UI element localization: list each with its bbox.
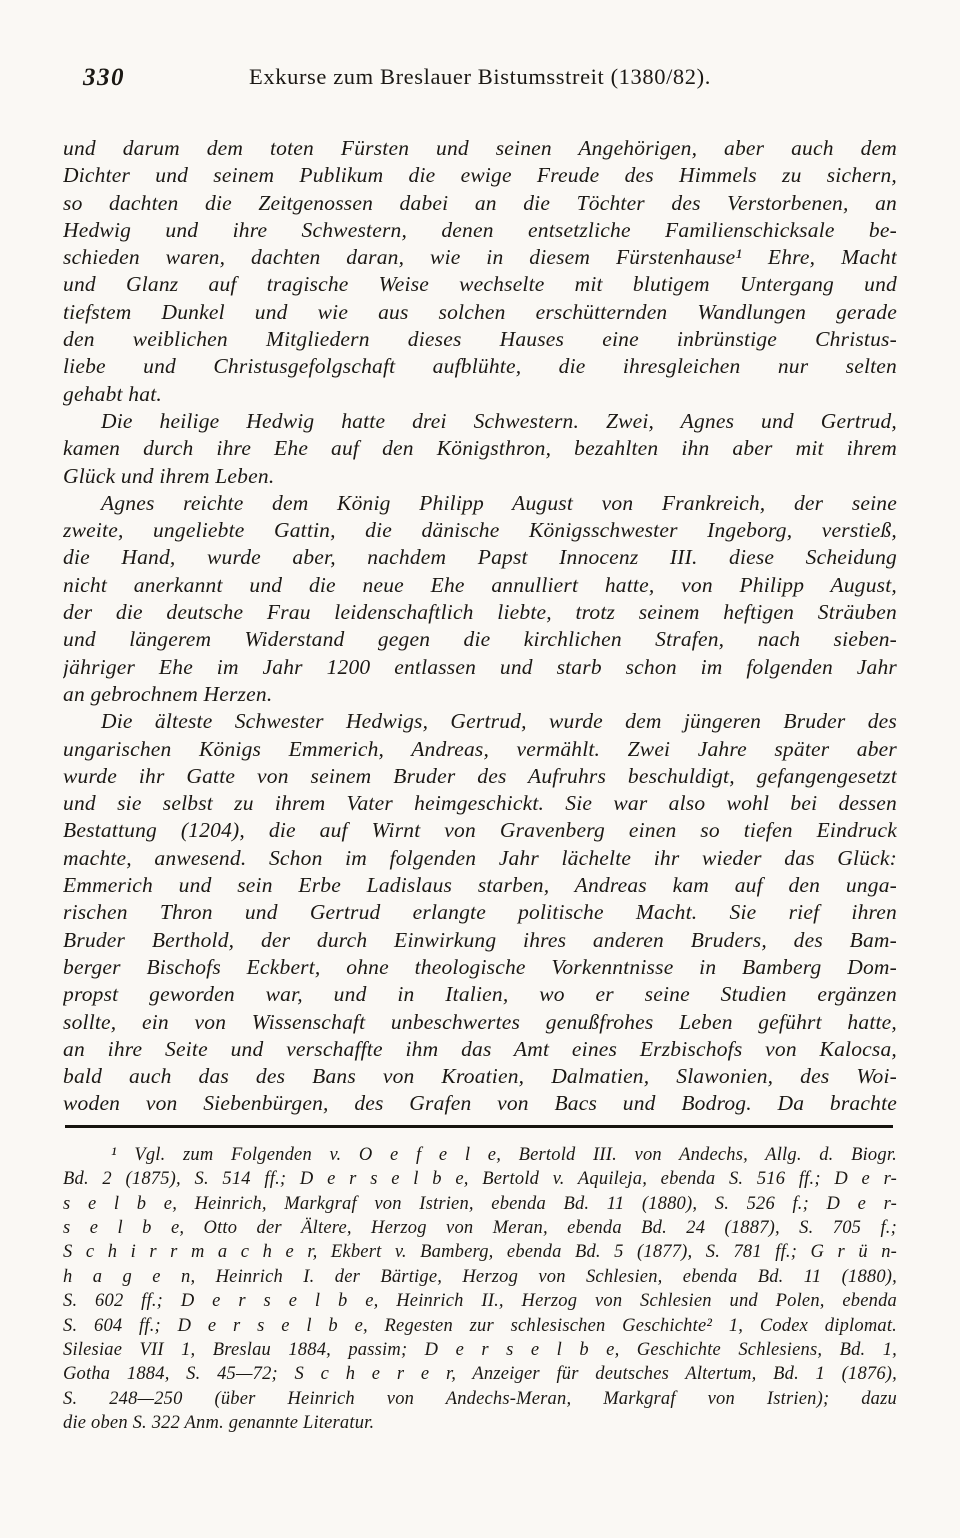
- text-line: S. 248—250 (über Heinrich von Andechs-Me…: [63, 1387, 897, 1411]
- body-text: und darum dem toten Fürsten und seinen A…: [63, 135, 897, 1118]
- text-line: S. 604 ff.; D e r s e l b e, Regesten zu…: [63, 1314, 897, 1338]
- text-line: nicht anerkannt und die neue Ehe annulli…: [63, 572, 897, 599]
- text-line: ¹ Vgl. zum Folgenden v. O e f e l e, Ber…: [63, 1143, 897, 1167]
- text-line: der die deutsche Frau leidenschaftlich l…: [63, 599, 897, 626]
- text-line: propst geworden war, und in Italien, wo …: [63, 981, 897, 1008]
- text-line: berger Bischofs Eckbert, ohne theologisc…: [63, 954, 897, 981]
- text-line: S c h i r r m a c h e r, Ekbert v. Bambe…: [63, 1240, 897, 1264]
- text-line: an ihre Seite und verschaffte ihm das Am…: [63, 1036, 897, 1063]
- text-line: Die heilige Hedwig hatte drei Schwestern…: [63, 408, 897, 435]
- text-line: so dachten die Zeitgenossen dabei an die…: [63, 190, 897, 217]
- paragraph-hedwig-sisters: Die heilige Hedwig hatte drei Schwestern…: [63, 408, 897, 490]
- text-line: Silesiae VII 1, Breslau 1884, passim; D …: [63, 1338, 897, 1362]
- page-number: 330: [83, 64, 125, 92]
- text-line: Bruder Berthold, der durch Einwirkung ih…: [63, 927, 897, 954]
- text-line: s e l b e, Heinrich, Markgraf von Istrie…: [63, 1192, 897, 1216]
- text-line: Gotha 1884, S. 45—72; S c h e r e r, Anz…: [63, 1362, 897, 1386]
- text-line: die oben S. 322 Anm. genannte Literatur.: [63, 1411, 897, 1435]
- text-line: an gebrochnem Herzen.: [63, 681, 897, 708]
- text-line: gehabt hat.: [63, 381, 897, 408]
- text-line: die Hand, wurde aber, nachdem Papst Inno…: [63, 544, 897, 571]
- footnote: ¹ Vgl. zum Folgenden v. O e f e l e, Ber…: [63, 1143, 897, 1436]
- text-line: Hedwig und ihre Schwestern, denen entset…: [63, 217, 897, 244]
- text-line: und Glanz auf tragische Weise wechselte …: [63, 271, 897, 298]
- text-line: schieden waren, dachten daran, wie in di…: [63, 244, 897, 271]
- text-line: Die älteste Schwester Hedwigs, Gertrud, …: [63, 708, 897, 735]
- text-line: kamen durch ihre Ehe auf den Königsthron…: [63, 435, 897, 462]
- text-line: rischen Thron und Gertrud erlangte polit…: [63, 899, 897, 926]
- text-line: Agnes reichte dem König Philipp August v…: [63, 490, 897, 517]
- footnote-separator-rule: [65, 1125, 893, 1128]
- text-line: Bd. 2 (1875), S. 514 ff.; D e r s e l b …: [63, 1167, 897, 1191]
- paragraph-opening: und darum dem toten Fürsten und seinen A…: [63, 135, 897, 408]
- text-line: ungarischen Königs Emmerich, Andreas, ve…: [63, 736, 897, 763]
- text-line: wurde ihr Gatte von seinem Bruder des Au…: [63, 763, 897, 790]
- text-line: Emmerich und sein Erbe Ladislaus starben…: [63, 872, 897, 899]
- text-line: und darum dem toten Fürsten und seinen A…: [63, 135, 897, 162]
- book-page: 330 Exkurse zum Breslauer Bistumsstreit …: [0, 0, 960, 1538]
- text-line: den weiblichen Mitgliedern dieses Hauses…: [63, 326, 897, 353]
- text-line: und längerem Widerstand gegen die kirchl…: [63, 626, 897, 653]
- text-line: h a g e n, Heinrich I. der Bärtige, Herz…: [63, 1265, 897, 1289]
- text-line: machte, anwesend. Schon im folgenden Jah…: [63, 845, 897, 872]
- text-line: zweite, ungeliebte Gattin, die dänische …: [63, 517, 897, 544]
- text-line: sollte, ein von Wissenschaft unbeschwert…: [63, 1009, 897, 1036]
- text-line: woden von Siebenbürgen, des Grafen von B…: [63, 1090, 897, 1117]
- paragraph-gertrud: Die älteste Schwester Hedwigs, Gertrud, …: [63, 708, 897, 1117]
- text-line: jähriger Ehe im Jahr 1200 entlassen und …: [63, 654, 897, 681]
- page-header: 330 Exkurse zum Breslauer Bistumsstreit …: [63, 64, 897, 96]
- text-line: und sie selbst zu ihrem Vater heimgeschi…: [63, 790, 897, 817]
- text-line: Glück und ihrem Leben.: [63, 463, 897, 490]
- text-line: tiefstem Dunkel und wie aus solchen ersc…: [63, 299, 897, 326]
- paragraph-agnes: Agnes reichte dem König Philipp August v…: [63, 490, 897, 708]
- text-line: liebe und Christusgefolgschaft aufblühte…: [63, 353, 897, 380]
- running-title: Exkurse zum Breslauer Bistumsstreit (138…: [63, 64, 897, 90]
- text-line: Dichter und seinem Publikum die ewige Fr…: [63, 162, 897, 189]
- text-line: Bestattung (1204), die auf Wirnt von Gra…: [63, 817, 897, 844]
- text-line: S. 602 ff.; D e r s e l b e, Heinrich II…: [63, 1289, 897, 1313]
- text-line: bald auch das des Bans von Kroatien, Dal…: [63, 1063, 897, 1090]
- text-line: s e l b e, Otto der Ältere, Herzog von M…: [63, 1216, 897, 1240]
